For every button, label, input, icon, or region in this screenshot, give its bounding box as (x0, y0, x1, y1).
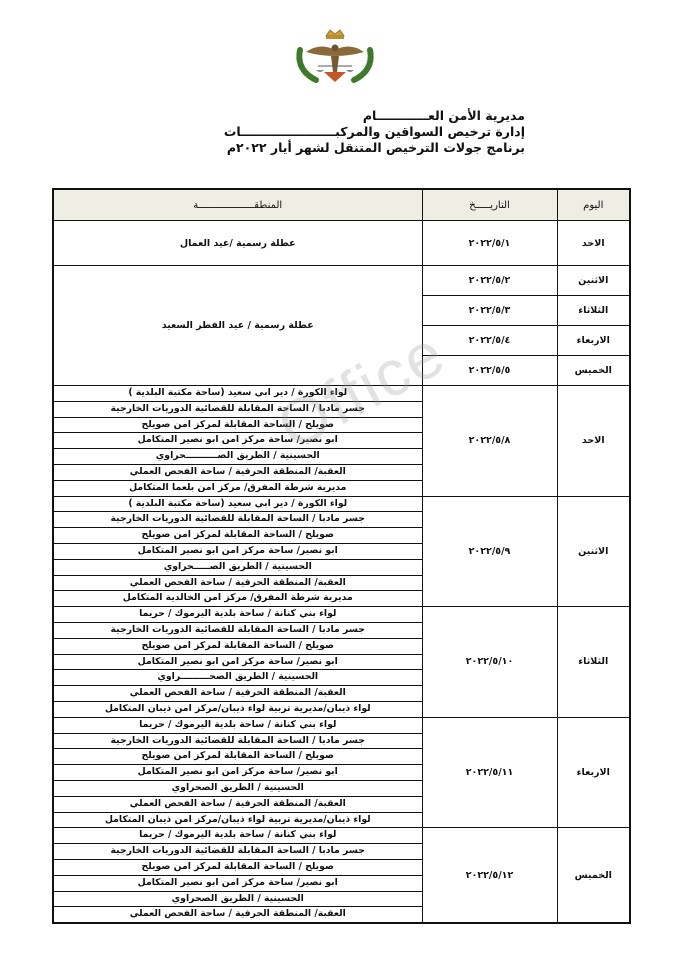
location-item: الحسينية / الطريق الصـــــحراوي (54, 560, 422, 576)
location-item: جسر مادبا / الساحة المقابلة للقضائية الد… (54, 623, 422, 639)
location-item: لواء بني كنانة / ساحة بلدية اليرموك / حر… (54, 718, 422, 734)
date-cell: ٢٠٢٢/٥/٥ (422, 356, 557, 386)
program-title: برنامج جولات الترخيص المتنقل لشهر أيار ٢… (150, 140, 590, 156)
day-cell: الاثنين (557, 496, 630, 607)
location-item: الحسينية / الطريق الصحراوي (54, 892, 422, 908)
table-row: الخميس ٢٠٢٢/٥/١٢ لواء بني كنانة / ساحة ب… (53, 828, 630, 923)
location-list: لواء بني كنانة / ساحة بلدية اليرموك / حر… (54, 607, 422, 717)
column-header-date: التاريـــــخ (422, 189, 557, 221)
region-cell: لواء بني كنانة / ساحة بلدية اليرموك / حر… (53, 828, 422, 923)
location-item: الحسينية / الطريق الصحراوي (54, 781, 422, 797)
region-cell: لواء الكورة / دير ابي سعيد (ساحة مكتبة ا… (53, 386, 422, 497)
location-list: لواء بني كنانة / ساحة بلدية اليرموك / حر… (54, 718, 422, 828)
location-item: لواء الكورة / دير ابي سعيد (ساحة مكتبة ا… (54, 497, 422, 513)
date-cell: ٢٠٢٢/٥/٤ (422, 326, 557, 356)
location-item: جسر مادبا / الساحة المقابلة للقضائية الد… (54, 734, 422, 750)
location-item: صويلح / الساحة المقابلة لمركز امن صويلح (54, 528, 422, 544)
table-row: الاثنين ٢٠٢٢/٥/٩ لواء الكورة / دير ابي س… (53, 496, 630, 607)
day-cell: الاثنين (557, 266, 630, 296)
table-row: الاحد ٢٠٢٢/٥/١ عطلة رسمية /عيد العمال (53, 221, 630, 266)
location-item: لواء الكورة / دير ابي سعيد (ساحة مكتبة ا… (54, 386, 422, 402)
location-item: جسر مادبا / الساحة المقابلة للقضائية الد… (54, 512, 422, 528)
date-cell: ٢٠٢٢/٥/٨ (422, 386, 557, 497)
table-row: الاحد ٢٠٢٢/٥/٨ لواء الكورة / دير ابي سعي… (53, 386, 630, 497)
day-cell: الخميس (557, 828, 630, 923)
location-item: العقبة/ المنطقة الحرفية / ساحة الفحص الع… (54, 907, 422, 922)
day-cell: الاربعاء (557, 326, 630, 356)
department-title: إدارة ترخيص السواقين والمركبــــــــــــ… (150, 124, 590, 140)
date-cell: ٢٠٢٢/٥/١٢ (422, 828, 557, 923)
location-item: العقبة/ المنطقة الحرفية / ساحة الفحص الع… (54, 465, 422, 481)
location-item: صويلح / الساحة المقابلة لمركز امن صويلح (54, 418, 422, 434)
location-item: الحسينية / الطريق الصحـــــــــراوي (54, 670, 422, 686)
location-item: ابو نصير/ ساحة مركز امن ابو نصير المتكام… (54, 655, 422, 671)
column-header-day: اليوم (557, 189, 630, 221)
region-cell: لواء بني كنانة / ساحة بلدية اليرموك / حر… (53, 717, 422, 828)
emblem-logo (286, 26, 384, 86)
day-cell: الاربعاء (557, 717, 630, 828)
location-item: لواء ذيبان/مديرية تربية لواء ذيبان/مركز … (54, 813, 422, 828)
region-cell: عطلة رسمية /عيد العمال (53, 221, 422, 266)
location-item: ابو نصير/ ساحة مركز امن ابو نصير المتكام… (54, 544, 422, 560)
date-cell: ٢٠٢٢/٥/٣ (422, 296, 557, 326)
table-row: الثلاثاء ٢٠٢٢/٥/١٠ لواء بني كنانة / ساحة… (53, 607, 630, 718)
date-cell: ٢٠٢٢/٥/١ (422, 221, 557, 266)
directorate-title: مديرية الأمن العــــــــــــام (150, 108, 590, 124)
location-item: ابو نصير/ ساحة مركز امن ابو نصير المتكام… (54, 876, 422, 892)
location-item: جسر مادبا / الساحة المقابلة للقضائية الد… (54, 844, 422, 860)
day-cell: الاحد (557, 386, 630, 497)
location-item: صويلح / الساحة المقابلة لمركز امن صويلح (54, 860, 422, 876)
location-list: لواء الكورة / دير ابي سعيد (ساحة مكتبة ا… (54, 386, 422, 496)
region-cell-holiday: عطلة رسمية / عيد الفطر السعيد (53, 266, 422, 386)
region-cell: لواء بني كنانة / ساحة بلدية اليرموك / حر… (53, 607, 422, 718)
location-list: لواء بني كنانة / ساحة بلدية اليرموك / حر… (54, 828, 422, 922)
location-item: العقبة/ المنطقة الحرفية / ساحة الفحص الع… (54, 576, 422, 592)
date-cell: ٢٠٢٢/٥/٩ (422, 496, 557, 607)
location-item: لواء ذيبان/مديرية تربية لواء ذيبان/مركز … (54, 702, 422, 717)
location-item: ابو نصير/ ساحة مركز امن ابو نصير المتكام… (54, 433, 422, 449)
location-item: العقبة/ المنطقة الحرفية / ساحة الفحص الع… (54, 797, 422, 813)
location-item: جسر مادبا / الساحة المقابلة للقضائية الد… (54, 402, 422, 418)
date-cell: ٢٠٢٢/٥/١٠ (422, 607, 557, 718)
table-row: الاربعاء ٢٠٢٢/٥/١١ لواء بني كنانة / ساحة… (53, 717, 630, 828)
day-cell: الاحد (557, 221, 630, 266)
location-list: لواء الكورة / دير ابي سعيد (ساحة مكتبة ا… (54, 497, 422, 607)
table-header-row: اليوم التاريـــــخ المنطقـــــــــــــــ… (53, 189, 630, 221)
location-item: صويلح / الساحة المقابلة لمركز امن صويلح (54, 749, 422, 765)
document-header: مديرية الأمن العــــــــــــام إدارة ترخ… (150, 108, 590, 156)
day-cell: الخميس (557, 356, 630, 386)
location-item: لواء بني كنانة / ساحة بلدية اليرموك / حر… (54, 828, 422, 844)
column-header-region: المنطقـــــــــــــــــــة (53, 189, 422, 221)
table-row: الاثنين ٢٠٢٢/٥/٢ عطلة رسمية / عيد الفطر … (53, 266, 630, 296)
schedule-table: اليوم التاريـــــخ المنطقـــــــــــــــ… (52, 188, 631, 924)
location-item: ابو نصير/ ساحة مركز امن ابو نصير المتكام… (54, 765, 422, 781)
location-item: الحسينية / الطريق الصــــــــــحراوي (54, 449, 422, 465)
location-item: العقبة/ المنطقة الحرفية / ساحة الفحص الع… (54, 686, 422, 702)
location-item: مديرية شرطة المفرق/ مركز امن بلعما المتك… (54, 481, 422, 496)
date-cell: ٢٠٢٢/٥/٢ (422, 266, 557, 296)
day-cell: الثلاثاء (557, 296, 630, 326)
location-item: مديرية شرطة المفرق/ مركز امن الخالدية ال… (54, 591, 422, 606)
location-item: لواء بني كنانة / ساحة بلدية اليرموك / حر… (54, 607, 422, 623)
date-cell: ٢٠٢٢/٥/١١ (422, 717, 557, 828)
region-cell: لواء الكورة / دير ابي سعيد (ساحة مكتبة ا… (53, 496, 422, 607)
day-cell: الثلاثاء (557, 607, 630, 718)
location-item: صويلح / الساحة المقابلة لمركز امن صويلح (54, 639, 422, 655)
